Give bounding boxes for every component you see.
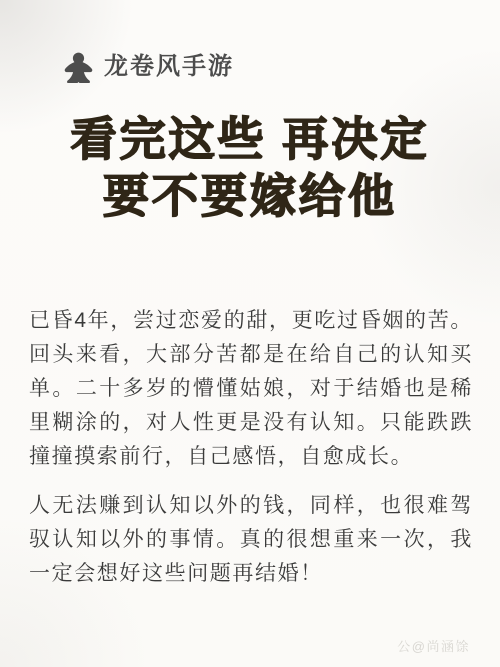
page-title: 看完这些 再决定 要不要嫁给他: [0, 111, 500, 225]
brand-header: 龙卷风手游: [62, 50, 234, 83]
title-line-1: 看完这些 再决定: [71, 113, 430, 165]
title-line-2: 要不要嫁给他: [103, 170, 397, 222]
watermark: 公@尚涵馀: [397, 636, 470, 655]
meeple-icon: [62, 50, 95, 83]
body-text: 已昏4年，尝过恋爱的甜，更吃过昏姻的苦。回头来看，大部分苦都是在给自己的认知买单…: [29, 304, 473, 606]
brand-name: 龙卷风手游: [104, 50, 234, 83]
post-card: 龙卷风手游 看完这些 再决定 要不要嫁给他 已昏4年，尝过恋爱的甜，更吃过昏姻的…: [0, 0, 500, 667]
paragraph-2: 人无法赚到认知以外的钱，同样，也很难驾驭认知以外的事情。真的很想重来一次，我一定…: [29, 489, 473, 591]
paragraph-1: 已昏4年，尝过恋爱的甜，更吃过昏姻的苦。回头来看，大部分苦都是在给自己的认知买单…: [29, 304, 473, 474]
